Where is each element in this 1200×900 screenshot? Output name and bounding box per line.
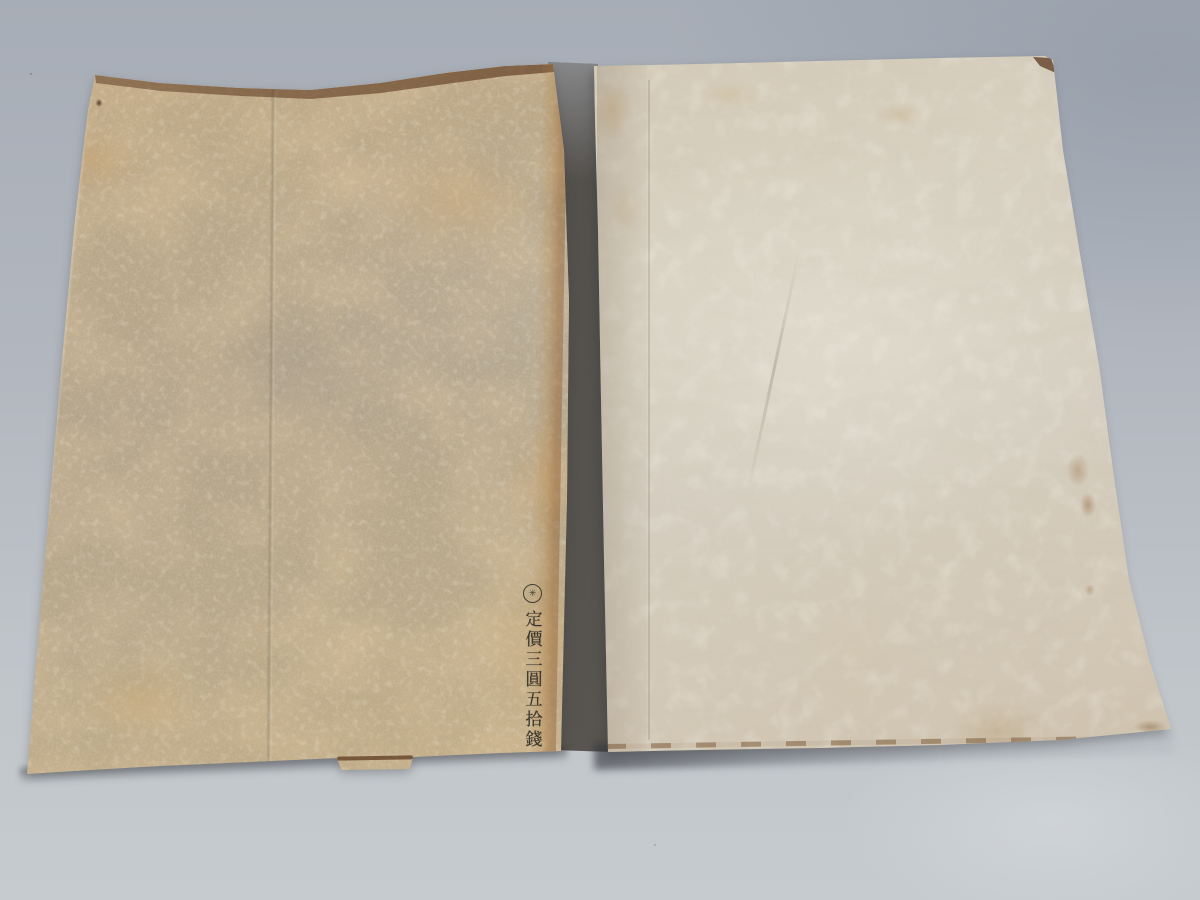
right-book-stains [0,0,1200,900]
photograph: ✳ 定價三圓五拾錢 [0,0,1200,900]
right-book-cover [0,0,1200,900]
right-book [0,0,1200,900]
